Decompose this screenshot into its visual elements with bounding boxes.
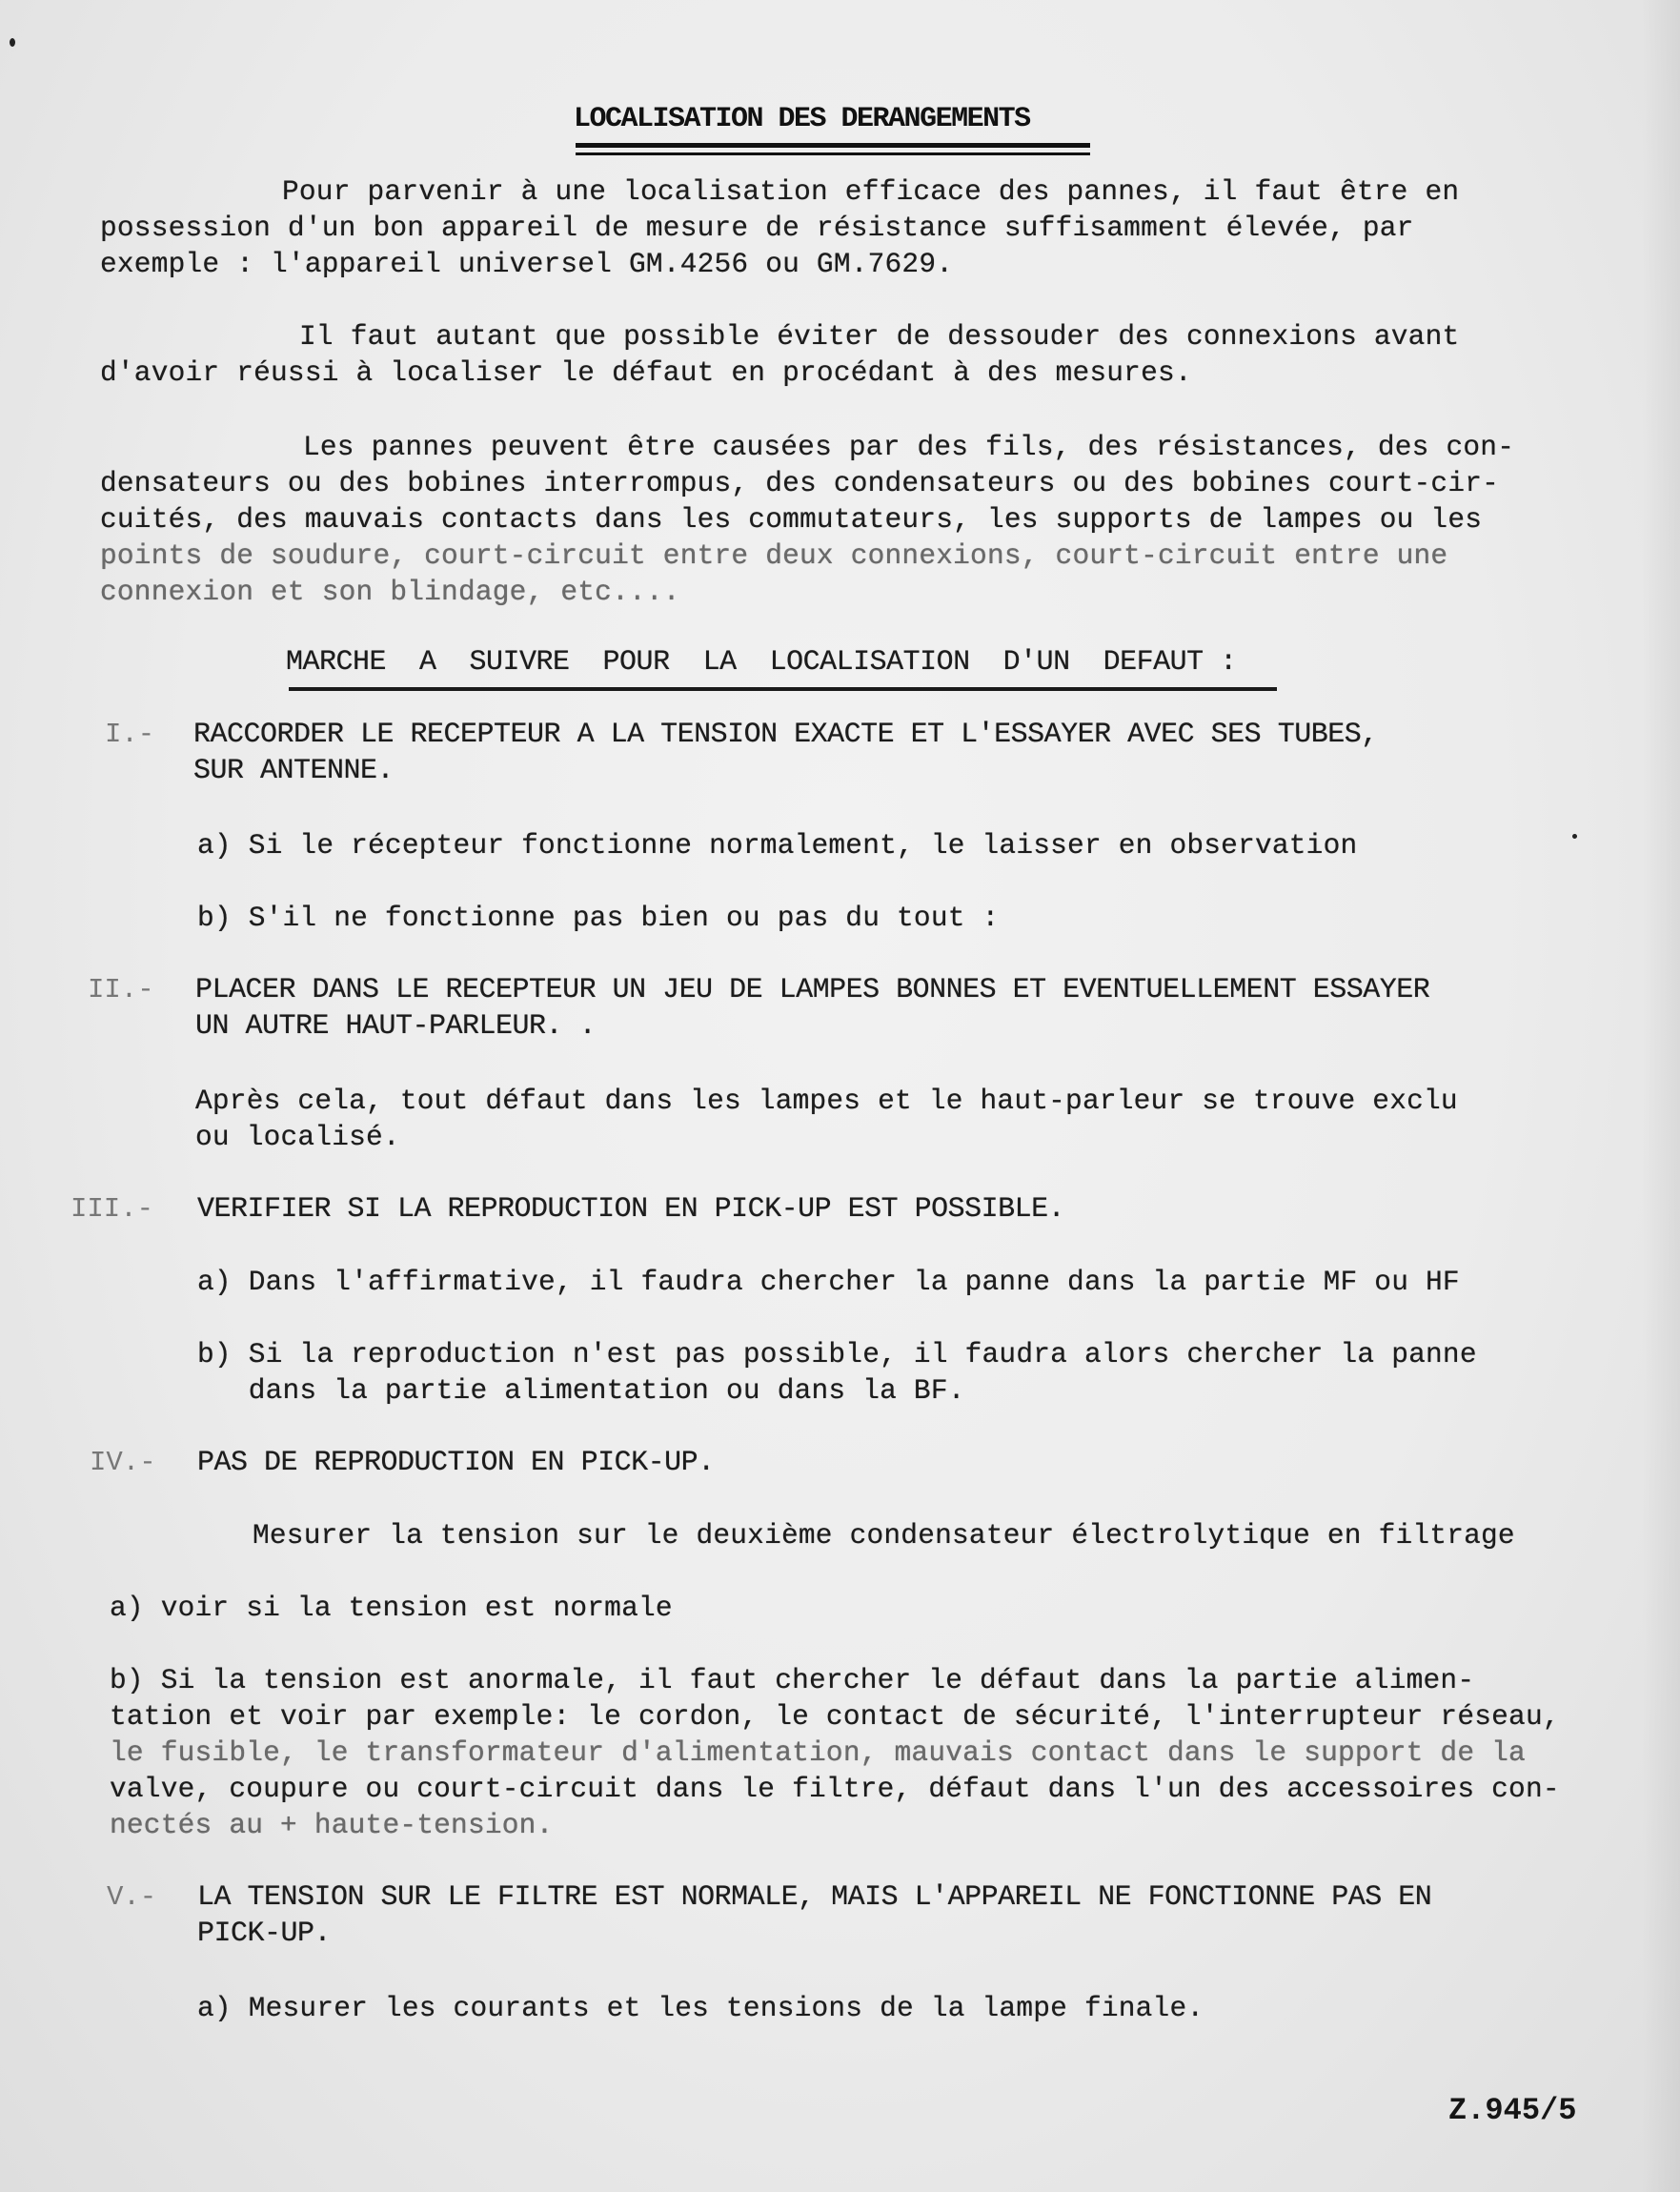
step-item: a) Dans l'affirmative, il faudra cherche… — [197, 1264, 1460, 1300]
step-heading: PAS DE REPRODUCTION EN PICK-UP. — [197, 1445, 715, 1481]
intro-p3-line: cuités, des mauvais contacts dans les co… — [100, 501, 1482, 538]
document-title: LOCALISATION DES DERANGEMENTS — [574, 103, 1030, 135]
step-item: a) Mesurer les courants et les tensions … — [197, 1990, 1204, 2026]
step-item: le fusible, le transformateur d'alimenta… — [110, 1735, 1526, 1771]
document-reference: Z.945/5 — [1448, 2093, 1576, 2128]
step-note: Après cela, tout défaut dans les lampes … — [195, 1083, 1458, 1119]
step-heading: LA TENSION SUR LE FILTRE EST NORMALE, MA… — [197, 1879, 1431, 1916]
subheading-underline — [289, 687, 1277, 691]
intro-p2-line: d'avoir réussi à localiser le défaut en … — [100, 355, 1192, 391]
step-item: b) S'il ne fonctionne pas bien ou pas du… — [197, 900, 999, 936]
step-note: Mesurer la tension sur le deuxième conde… — [253, 1517, 1515, 1553]
intro-p3-line: densateurs ou des bobines interrompus, d… — [100, 465, 1499, 501]
procedure-subheading: MARCHE A SUIVRE POUR LA LOCALISATION D'U… — [286, 644, 1237, 680]
ink-speck — [10, 38, 15, 47]
step-number: IV.- — [90, 1445, 156, 1481]
title-underline — [576, 152, 1090, 155]
title-underline — [576, 143, 1090, 148]
step-item: valve, coupure ou court-circuit dans le … — [110, 1771, 1560, 1807]
intro-p3-line: points de soudure, court-circuit entre d… — [100, 538, 1447, 574]
step-item: a) voir si la tension est normale — [110, 1590, 673, 1626]
step-item: dans la partie alimentation ou dans la B… — [197, 1372, 965, 1409]
step-item: a) Si le récepteur fonctionne normalemen… — [197, 827, 1357, 863]
step-item: b) Si la reproduction n'est pas possible… — [197, 1336, 1477, 1372]
step-heading: PICK-UP. — [197, 1916, 331, 1952]
step-heading: VERIFIER SI LA REPRODUCTION EN PICK-UP E… — [197, 1191, 1064, 1228]
intro-p1-line: exemple : l'appareil universel GM.4256 o… — [100, 246, 953, 282]
step-heading: PLACER DANS LE RECEPTEUR UN JEU DE LAMPE… — [195, 972, 1429, 1008]
step-item: b) Si la tension est anormale, il faut c… — [110, 1662, 1474, 1698]
step-heading: SUR ANTENNE. — [193, 753, 394, 789]
intro-p2-line: Il faut autant que possible éviter de de… — [299, 318, 1459, 355]
step-number: I.- — [105, 717, 154, 753]
intro-p1-line: possession d'un bon appareil de mesure d… — [100, 210, 1414, 246]
intro-p1-line: Pour parvenir à une localisation efficac… — [282, 173, 1459, 210]
step-note: ou localisé. — [195, 1119, 400, 1155]
step-number: V.- — [107, 1879, 156, 1916]
intro-p3-line: Les pannes peuvent être causées par des … — [303, 429, 1514, 465]
step-number: II.- — [88, 972, 154, 1008]
step-item: tation et voir par exemple: le cordon, l… — [110, 1698, 1560, 1735]
document-page: LOCALISATION DES DERANGEMENTS Pour parve… — [0, 0, 1680, 2192]
step-heading: RACCORDER LE RECEPTEUR A LA TENSION EXAC… — [193, 717, 1378, 753]
step-item: nectés au + haute-tension. — [110, 1807, 553, 1843]
intro-p3-line: connexion et son blindage, etc.... — [100, 574, 680, 610]
step-heading: UN AUTRE HAUT-PARLEUR. . — [195, 1008, 596, 1045]
step-number: III.- — [71, 1191, 153, 1228]
ink-speck — [1572, 834, 1577, 839]
